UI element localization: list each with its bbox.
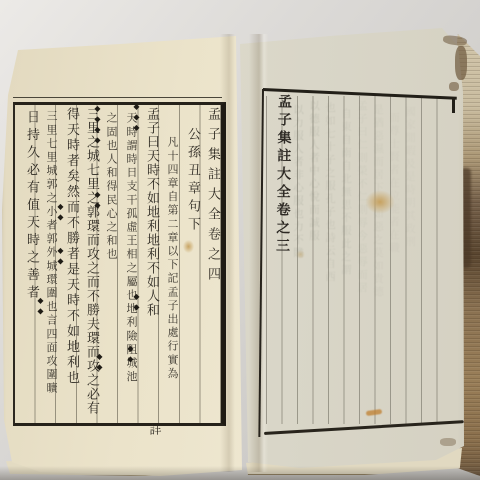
main-text-column: 孟子曰天時不如地利地利不如人和 [137, 107, 158, 317]
emphasis-marks: ◆◆ [54, 246, 64, 267]
emphasis-marks: ◆◆◆ [130, 102, 140, 134]
stain [296, 250, 305, 259]
bleedthrough-text-column: 以德服人者中心悅而誠服 [304, 100, 319, 243]
book-shadow [0, 466, 480, 480]
frame-outer-line [13, 97, 222, 98]
emphasis-marks: ◆◆ [130, 292, 140, 313]
frame-border-corner [452, 98, 455, 113]
chapter-title-column: 公孫丑章句下 [178, 127, 199, 235]
corner-wear [449, 82, 459, 91]
left-page-volume-title: 孟子集註大全卷之四 [198, 107, 219, 287]
emphasis-marks: ◆◆ [124, 344, 134, 365]
emphasis-marks: ◆◆ [54, 202, 64, 223]
emphasis-marks: ◆◆◆◆ [91, 104, 101, 146]
right-page-volume-title: 孟子集註大全卷之三 [266, 94, 291, 256]
emphasis-marks: ◆◆ [91, 190, 101, 211]
commentary-column: 日持久必有值天時之善者 [17, 110, 38, 303]
bleedthrough-text-column: 自東自南自北無思不服此之謂 [336, 108, 351, 277]
corner-wear [455, 46, 467, 80]
stain [365, 190, 395, 214]
bleedthrough-text-column: 也如七十子之服孔子也詩云自西 [320, 102, 335, 284]
emphasis-marks: ◆◆ [34, 296, 44, 317]
bleedthrough-text-column: 國家閒暇及是時明其政刑 [400, 106, 415, 249]
emphasis-marks: ◆◆ [93, 352, 103, 373]
stain [183, 240, 194, 253]
overflow-character: 詳 [145, 423, 161, 435]
commentary-column: 凡十四章自第二章以下記孟子出處行實為 [159, 136, 178, 381]
book-photograph: 以力服人者非心服也力不贍 以德服人者中心悅而誠服 也如七十子之服孔子也詩云自西 … [0, 0, 480, 480]
bleedthrough-text-column: 而尊士賢者在位能者在職 [384, 112, 399, 255]
edge-wear [440, 438, 456, 446]
